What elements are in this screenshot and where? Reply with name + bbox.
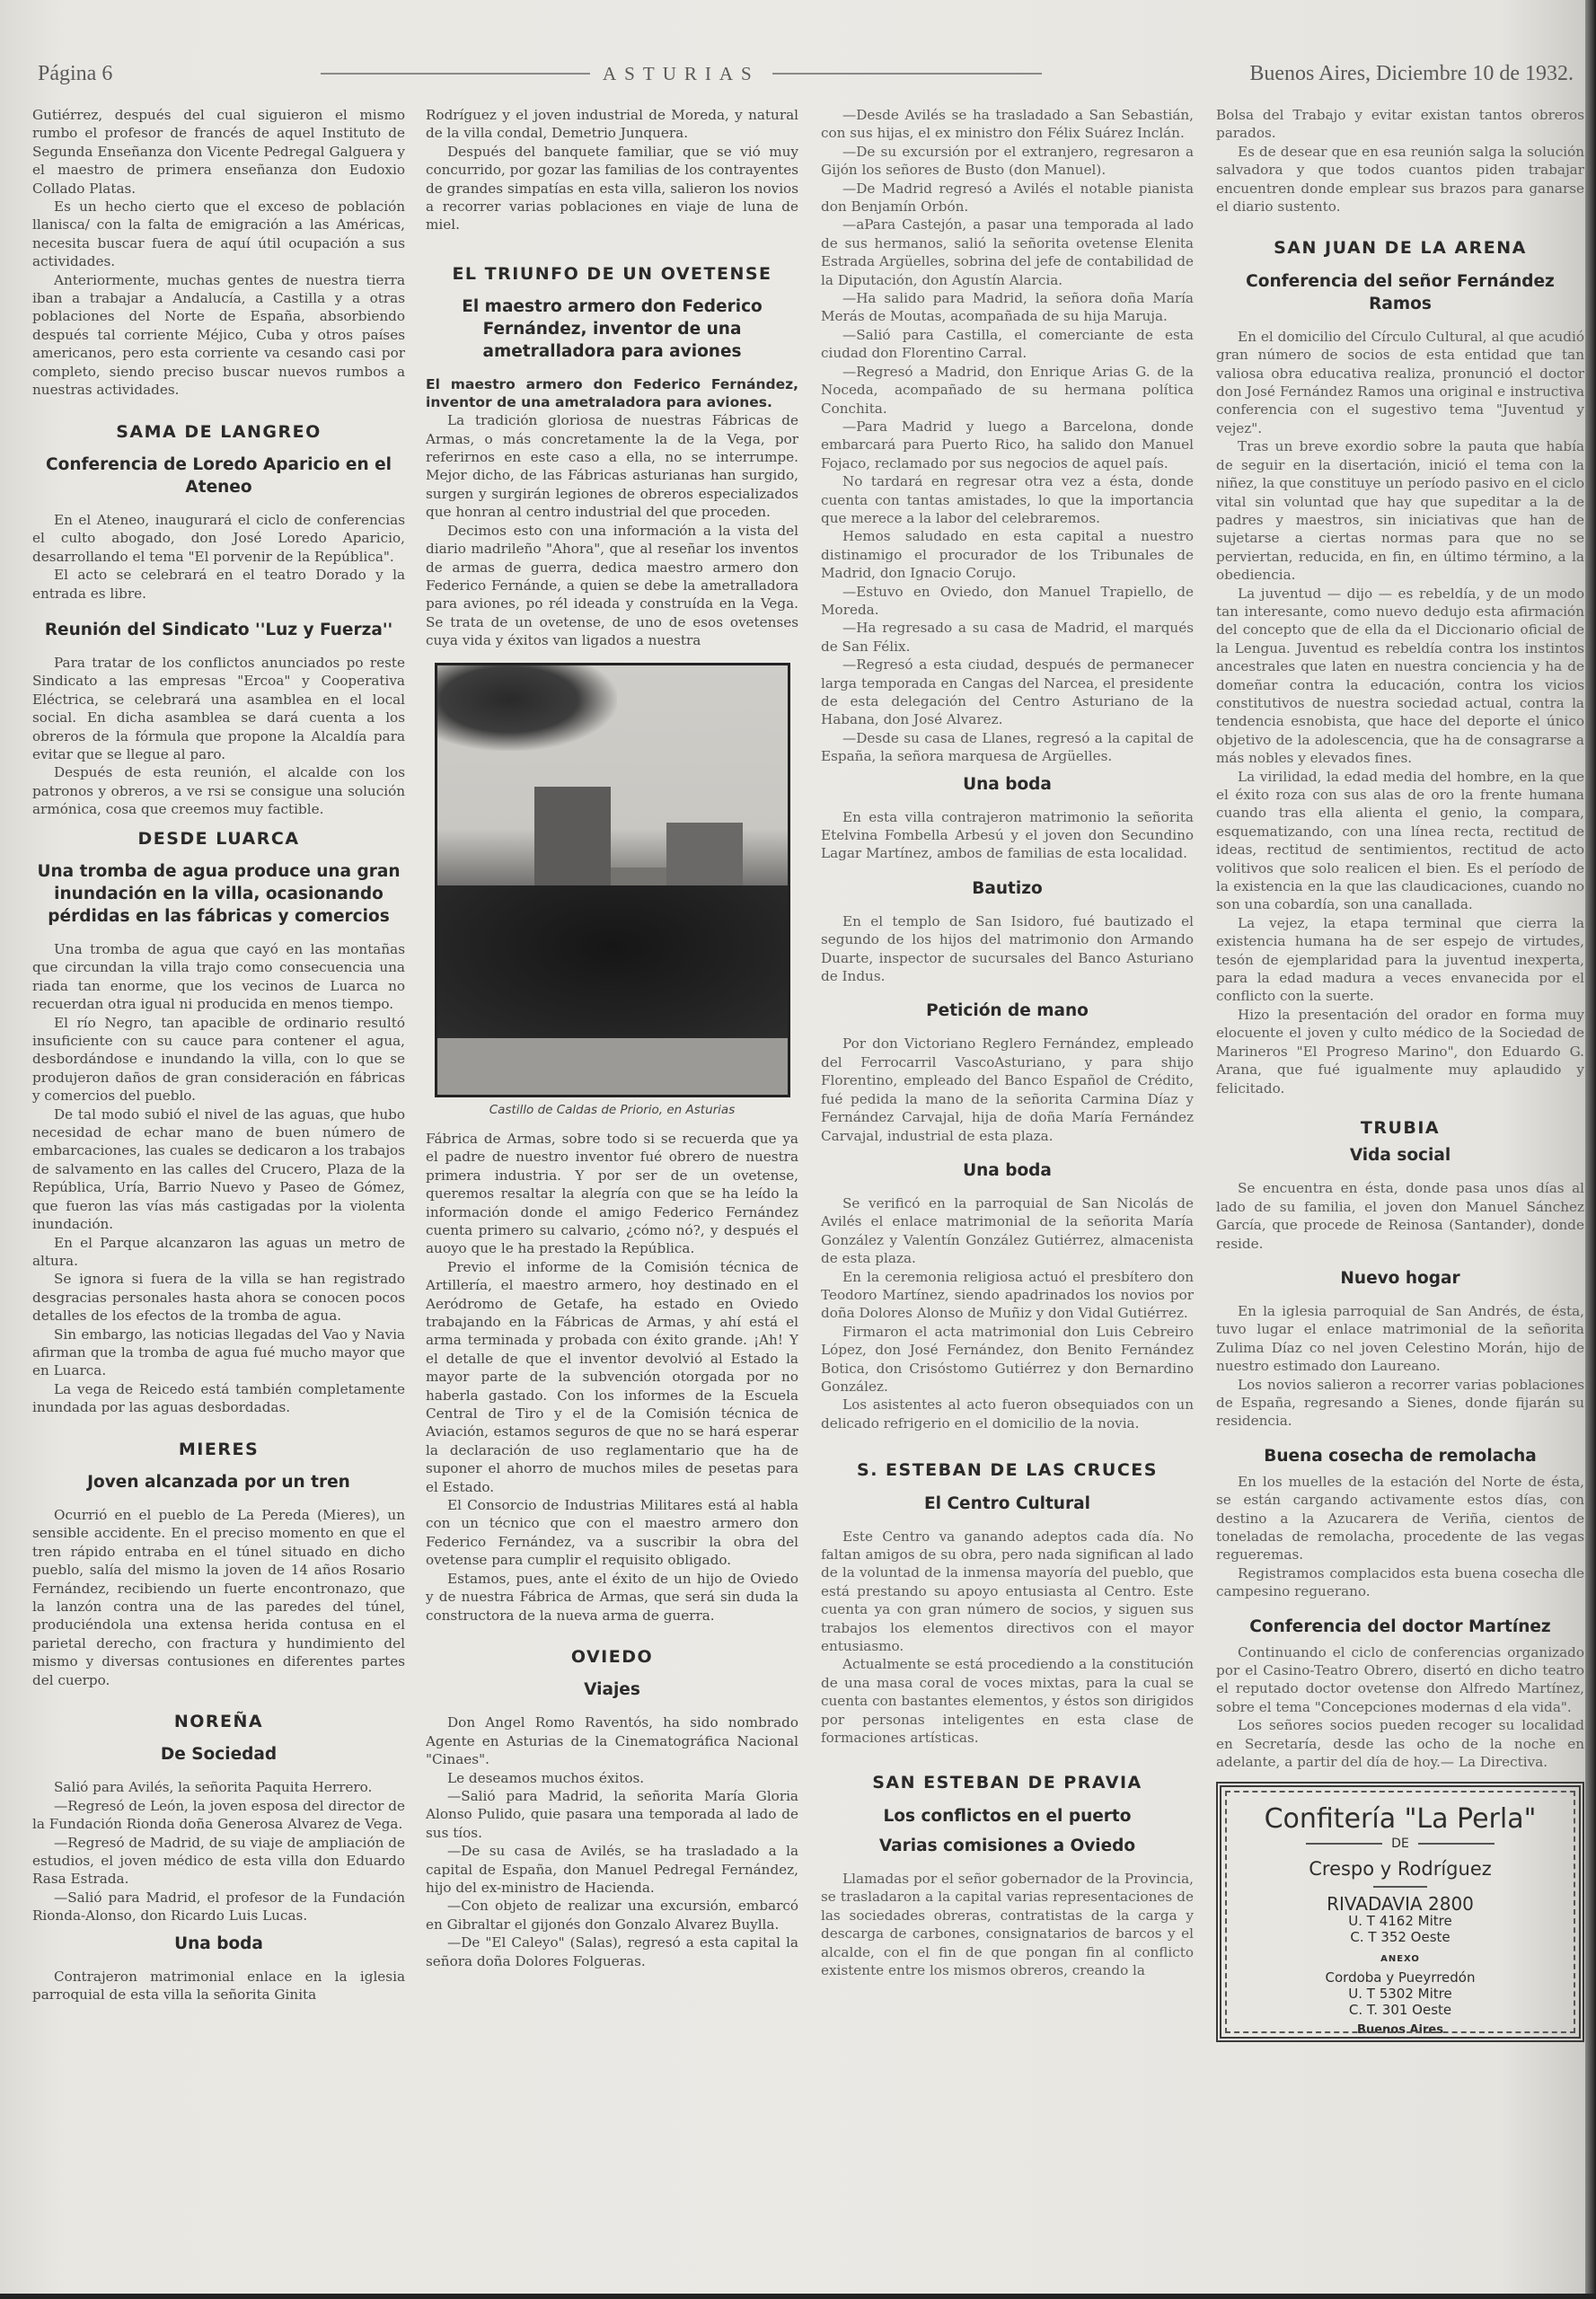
- paragraph: Por don Victoriano Reglero Fernández, em…: [821, 1035, 1194, 1144]
- paragraph: Continuando el ciclo de conferencias org…: [1216, 1643, 1584, 1717]
- section-title: SAN ESTEBAN DE PRAVIA: [821, 1774, 1194, 1792]
- section-title: TRUBIA: [1216, 1119, 1584, 1137]
- newspaper-title: ASTURIAS: [603, 63, 760, 85]
- paragraph: —Ha regresado a su casa de Madrid, el ma…: [821, 619, 1194, 656]
- paragraph: Ocurrió en el pueblo de La Pereda (Miere…: [32, 1506, 405, 1689]
- article-subheadline: Varias comisiones a Oviedo: [821, 1835, 1194, 1857]
- paragraph: Rodríguez y el joven industrial de Mored…: [426, 106, 798, 143]
- paragraph: Se encuentra en ésta, donde pasa unos dí…: [1216, 1179, 1584, 1253]
- paragraph: Este Centro va ganando adeptos cada día.…: [821, 1528, 1194, 1656]
- paragraph: En la iglesia parroquial de San Andrés, …: [1216, 1302, 1584, 1376]
- page-number: Página 6: [38, 62, 112, 86]
- ad-de-divider: DE: [1238, 1835, 1563, 1853]
- paragraph: Gutiérrez, después del cual siguieron el…: [32, 106, 405, 198]
- paragraph: Don Angel Romo Raventós, ha sido nombrad…: [426, 1713, 798, 1768]
- paragraph: En el Ateneo, inaugurará el ciclo de con…: [32, 511, 405, 566]
- paragraph: —Desde Avilés se ha trasladado a San Seb…: [821, 106, 1194, 143]
- article-headline: Reunión del Sindicato ''Luz y Fuerza'': [32, 619, 405, 641]
- article-headline: Bautizo: [821, 877, 1194, 900]
- article-headline: El maestro armero don Federico Fernández…: [426, 295, 798, 363]
- ad-phone: U. T 4162 Mitre: [1238, 1913, 1563, 1929]
- paragraph: El acto se celebrará en el teatro Dorado…: [32, 566, 405, 603]
- castle-photo: [435, 663, 790, 1097]
- paragraph: —De "El Caleyo" (Salas), regresó a esta …: [426, 1933, 798, 1970]
- paragraph: Es de desear que en esa reunión salga la…: [1216, 143, 1584, 216]
- article-headline: Conferencia del doctor Martínez: [1216, 1616, 1584, 1638]
- paragraph: Hemos saludado en esta capital a nuestro…: [821, 527, 1194, 582]
- paragraph: Actualmente se está procediendo a la con…: [821, 1655, 1194, 1747]
- masthead: Página 6 ASTURIAS Buenos Aires, Diciembr…: [38, 56, 1574, 92]
- paragraph: En el templo de San Isidoro, fué bautiza…: [821, 912, 1194, 986]
- paragraph: Sin embargo, las noticias llegadas del V…: [32, 1326, 405, 1380]
- article-headline: Una boda: [821, 773, 1194, 796]
- article-headline: Una boda: [32, 1933, 405, 1955]
- article-headline: Los conflictos en el puerto: [821, 1805, 1194, 1828]
- article-headline: Una tromba de agua produce una gran inun…: [32, 860, 405, 928]
- paragraph: —Regresó de Madrid, de su viaje de ampli…: [32, 1834, 405, 1889]
- article-headline: De Sociedad: [32, 1743, 405, 1766]
- paragraph: Le deseamos muchos éxitos.: [426, 1769, 798, 1787]
- paragraph: En la ceremonia religiosa actuó el presb…: [821, 1268, 1194, 1323]
- paragraph: El Consorcio de Industrias Militares est…: [426, 1496, 798, 1570]
- column-2: Rodríguez y el joven industrial de Mored…: [426, 106, 798, 1970]
- paragraph: —De su excursión por el extranjero, regr…: [821, 143, 1194, 180]
- article-lead: El maestro armero don Federico Fernández…: [426, 375, 798, 411]
- section-title: OVIEDO: [426, 1648, 798, 1666]
- article-headline: Viajes: [426, 1678, 798, 1701]
- section-title: DESDE LUARCA: [32, 830, 405, 848]
- section-title: SAN JUAN DE LA ARENA: [1216, 239, 1584, 257]
- paragraph: Los señores socios pueden recoger su loc…: [1216, 1716, 1584, 1771]
- paragraph: Para tratar de los conflictos anunciados…: [32, 654, 405, 763]
- divider: [321, 73, 590, 75]
- paragraph: Salió para Avilés, la señorita Paquita H…: [32, 1778, 405, 1796]
- article-headline: Petición de mano: [821, 1000, 1194, 1022]
- paragraph: No tardará en regresar otra vez a ésta, …: [821, 472, 1194, 527]
- paragraph: Decimos esto con una información a la vi…: [426, 522, 798, 650]
- column-4: Bolsa del Trabajo y evitar existan tanto…: [1216, 106, 1584, 2042]
- paragraph: —Salió para Madrid, el profesor de la Fu…: [32, 1889, 405, 1925]
- lawn: [437, 1038, 788, 1095]
- paragraph: En los muelles de la estación del Norte …: [1216, 1473, 1584, 1564]
- paragraph: Es un hecho cierto que el exceso de pobl…: [32, 198, 405, 271]
- paragraph: —Salió para Castilla, el comerciante de …: [821, 326, 1194, 363]
- paragraph: —Regresó a Madrid, don Enrique Arias G. …: [821, 363, 1194, 418]
- paragraph: —aPara Castejón, a pasar una temporada a…: [821, 216, 1194, 289]
- ad-address: RIVADAVIA 2800: [1238, 1895, 1563, 1913]
- paragraph: Después del banquete familiar, que se vi…: [426, 143, 798, 234]
- paragraph: —Estuvo en Oviedo, don Manuel Trapiello,…: [821, 583, 1194, 620]
- article-headline: Una boda: [821, 1159, 1194, 1182]
- paragraph: —De su casa de Avilés, se ha trasladado …: [426, 1842, 798, 1897]
- confiteria-advertisement: Confitería "La Perla" DE Crespo y Rodríg…: [1216, 1782, 1584, 2042]
- ad-business-name: Confitería "La Perla": [1238, 1810, 1563, 1828]
- column-3: —Desde Avilés se ha trasladado a San Seb…: [821, 106, 1194, 1979]
- paragraph: Después de esta reunión, el alcalde con …: [32, 763, 405, 818]
- article-headline: Vida social: [1216, 1144, 1584, 1167]
- ad-owners: Crespo y Rodríguez: [1238, 1860, 1563, 1878]
- paragraph: Los asistentes al acto fueron obsequiado…: [821, 1396, 1194, 1432]
- paragraph: —Desde su casa de Llanes, regresó a la c…: [821, 729, 1194, 766]
- paragraph: La tradición gloriosa de nuestras Fábric…: [426, 411, 798, 521]
- article-headline: Buena cosecha de remolacha: [1216, 1445, 1584, 1467]
- paragraph: Llamadas por el señor gobernador de la P…: [821, 1870, 1194, 1979]
- divider: [1373, 1886, 1427, 1888]
- paragraph: —Regresó de León, la joven esposa del di…: [32, 1797, 405, 1834]
- ad-phone: C. T. 301 Oeste: [1238, 2002, 1563, 2018]
- article-headline: Conferencia del señor Fernández Ramos: [1216, 270, 1584, 315]
- paragraph: —Ha salido para Madrid, la señora doña M…: [821, 289, 1194, 326]
- ad-city: Buenos Aires: [1238, 2022, 1563, 2039]
- newspaper-page: Página 6 ASTURIAS Buenos Aires, Diciembr…: [0, 0, 1596, 2299]
- paragraph: Hizo la presentación del orador en forma…: [1216, 1006, 1584, 1097]
- paragraph: Firmaron el acta matrimonial don Luis Ce…: [821, 1323, 1194, 1396]
- ad-annex-address: Cordoba y Pueyrredón: [1238, 1969, 1563, 1986]
- paragraph: Se verificó en la parroquial de San Nico…: [821, 1194, 1194, 1268]
- ad-phone: U. T 5302 Mitre: [1238, 1986, 1563, 2002]
- section-title: S. ESTEBAN DE LAS CRUCES: [821, 1461, 1194, 1479]
- paragraph: En esta villa contrajeron matrimonio la …: [821, 808, 1194, 863]
- paragraph: —Salió para Madrid, la señorita María Gl…: [426, 1787, 798, 1842]
- paragraph: —Regresó a esta ciudad, después de perma…: [821, 656, 1194, 729]
- divider: [1418, 1843, 1495, 1845]
- issue-date: Buenos Aires, Diciembre 10 de 1932.: [1249, 62, 1574, 86]
- paragraph: —Con objeto de realizar una excursión, e…: [426, 1897, 798, 1933]
- page-edge-bottom: [0, 2294, 1596, 2299]
- paragraph: Previo el informe de la Comisión técnica…: [426, 1258, 798, 1496]
- paragraph: Bolsa del Trabajo y evitar existan tanto…: [1216, 106, 1584, 143]
- paragraph: Contrajeron matrimonial enlace en la igl…: [32, 1968, 405, 2004]
- article-headline: Joven alcanzada por un tren: [32, 1471, 405, 1493]
- paragraph: El río Negro, tan apacible de ordinario …: [32, 1014, 405, 1105]
- article-headline: Nuevo hogar: [1216, 1267, 1584, 1290]
- photo-caption: Castillo de Caldas de Priorio, en Asturi…: [426, 1101, 798, 1119]
- paragraph: —Para Madrid y luego a Barcelona, donde …: [821, 418, 1194, 472]
- section-title: MIERES: [32, 1440, 405, 1458]
- paragraph: Los novios salieron a recorrer varias po…: [1216, 1376, 1584, 1431]
- paragraph: En el domicilio del Círculo Cultural, al…: [1216, 328, 1584, 437]
- paragraph: Se ignora si fuera de la villa se han re…: [32, 1270, 405, 1325]
- paragraph: Registramos complacidos esta buena cosec…: [1216, 1564, 1584, 1601]
- article-headline: Conferencia de Loredo Aparicio en el Ate…: [32, 454, 405, 498]
- bushes: [437, 885, 788, 1038]
- paragraph: De tal modo subió el nivel de las aguas,…: [32, 1105, 405, 1234]
- ad-de-label: DE: [1391, 1835, 1409, 1853]
- paragraph: La virilidad, la edad media del hombre, …: [1216, 768, 1584, 914]
- divider: [772, 73, 1042, 75]
- section-title: NOREÑA: [32, 1713, 405, 1731]
- paragraph: La juventud — dijo — es rebeldía, y de u…: [1216, 585, 1584, 768]
- paragraph: —De Madrid regresó a Avilés el notable p…: [821, 180, 1194, 216]
- column-1: Gutiérrez, después del cual siguieron el…: [32, 106, 405, 2004]
- section-title: EL TRIUNFO DE UN OVETENSE: [426, 265, 798, 283]
- masthead-title: ASTURIAS: [321, 63, 1042, 85]
- ad-phone: C. T 352 Oeste: [1238, 1929, 1563, 1945]
- paragraph: Fábrica de Armas, sobre todo si se recue…: [426, 1130, 798, 1258]
- paragraph: En el Parque alcanzaron las aguas un met…: [32, 1234, 405, 1271]
- paragraph: Anteriormente, muchas gentes de nuestra …: [32, 271, 405, 400]
- tree-foliage: [437, 665, 617, 751]
- paragraph: La vejez, la etapa terminal que cierra l…: [1216, 914, 1584, 1006]
- article-headline: El Centro Cultural: [821, 1493, 1194, 1515]
- paragraph: Una tromba de agua que cayó en las monta…: [32, 940, 405, 1014]
- section-title: SAMA DE LANGREO: [32, 423, 405, 441]
- paragraph: Tras un breve exordio sobre la pauta que…: [1216, 437, 1584, 584]
- ad-annex-label: ANEXO: [1238, 1951, 1563, 1969]
- divider: [1306, 1843, 1382, 1845]
- paragraph: La vega de Reicedo está también completa…: [32, 1380, 405, 1417]
- paragraph: Estamos, pues, ante el éxito de un hijo …: [426, 1570, 798, 1625]
- page-edge-shadow: [1585, 0, 1596, 2299]
